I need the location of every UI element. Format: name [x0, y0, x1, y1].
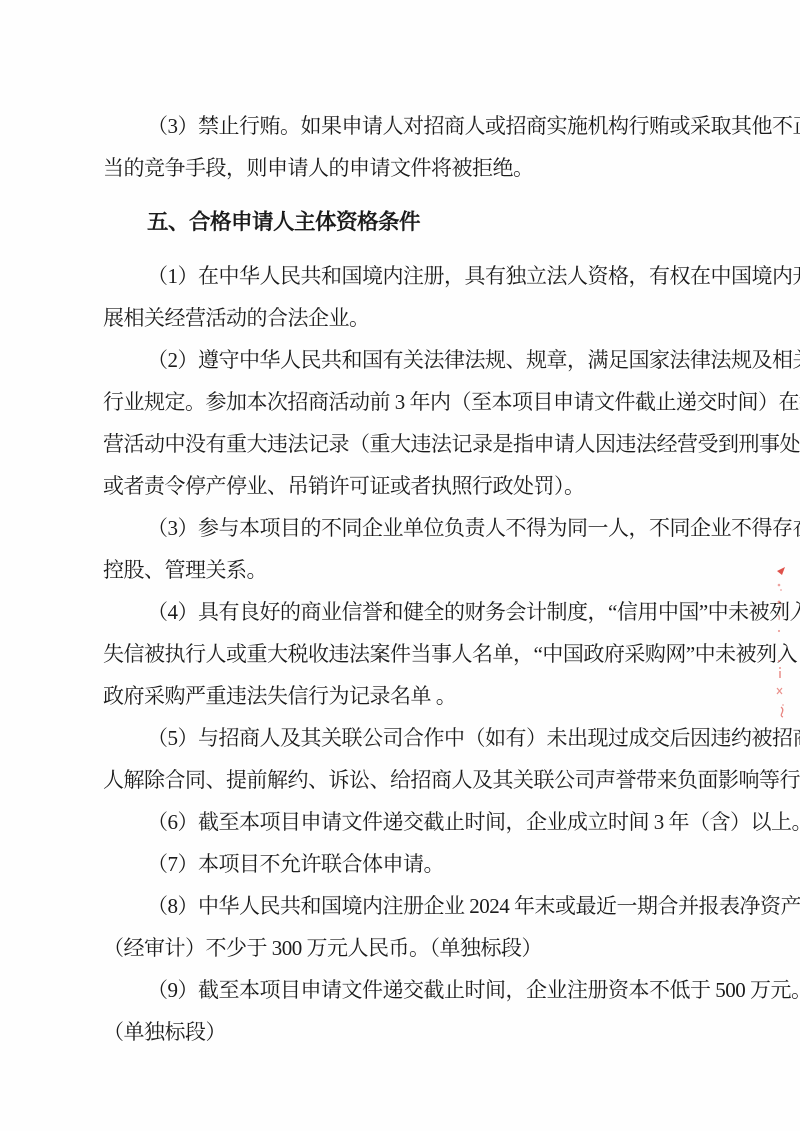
- doc-line: 控股、管理关系。: [103, 549, 708, 591]
- doc-line: （8）中华人民共和国境内注册企业 2024 年末或最近一期合并报表净资产: [103, 885, 708, 927]
- section-heading: 五、合格申请人主体资格条件: [103, 201, 708, 243]
- doc-line: 行业规定。参加本次招商活动前 3 年内（至本项目申请文件截止递交时间）在经: [103, 381, 708, 423]
- doc-line: 展相关经营活动的合法企业。: [103, 297, 708, 339]
- doc-line: 失信被执行人或重大税收违法案件当事人名单，“中国政府采购网”中未被列入: [103, 633, 708, 675]
- doc-line: （5）与招商人及其关联公司合作中（如有）未出现过成交后因违约被招商: [103, 717, 708, 759]
- doc-line: （经审计）不少于 300 万元人民币。（单独标段）: [103, 927, 708, 969]
- doc-line: （7）本项目不允许联合体申请。: [103, 843, 708, 885]
- doc-line: （4）具有良好的商业信誉和健全的财务会计制度，“信用中国”中未被列入: [103, 591, 708, 633]
- doc-line: 或者责令停产停业、吊销许可证或者执照行政处罚）。: [103, 465, 708, 507]
- doc-line: 政府采购严重违法失信行为记录名单 。: [103, 675, 708, 717]
- doc-line: 当的竞争手段，则申请人的申请文件将被拒绝。: [103, 147, 708, 189]
- doc-line: 人解除合同、提前解约、诉讼、给招商人及其关联公司声誉带来负面影响等行为。: [103, 759, 708, 801]
- doc-line: （单独标段）: [103, 1011, 708, 1053]
- doc-line: （6）截至本项目申请文件递交截止时间，企业成立时间 3 年（含）以上。: [103, 801, 708, 843]
- doc-line: （2）遵守中华人民共和国有关法律法规、规章，满足国家法律法规及相关: [103, 339, 708, 381]
- doc-line: （3）参与本项目的不同企业单位负责人不得为同一人，不同企业不得存在: [103, 507, 708, 549]
- doc-line: （1）在中华人民共和国境内注册，具有独立法人资格，有权在中国境内开: [103, 255, 708, 297]
- doc-line: 营活动中没有重大违法记录（重大违法记录是指申请人因违法经营受到刑事处罚: [103, 423, 708, 465]
- document-page: （3）禁止行贿。如果申请人对招商人或招商实施机构行贿或采取其他不正 当的竞争手段…: [0, 0, 800, 1131]
- doc-line: （9）截至本项目申请文件递交截止时间，企业注册资本不低于 500 万元。: [103, 969, 708, 1011]
- doc-line: （3）禁止行贿。如果申请人对招商人或招商实施机构行贿或采取其他不正: [103, 105, 708, 147]
- document-text-block: （3）禁止行贿。如果申请人对招商人或招商实施机构行贿或采取其他不正 当的竞争手段…: [103, 105, 708, 1053]
